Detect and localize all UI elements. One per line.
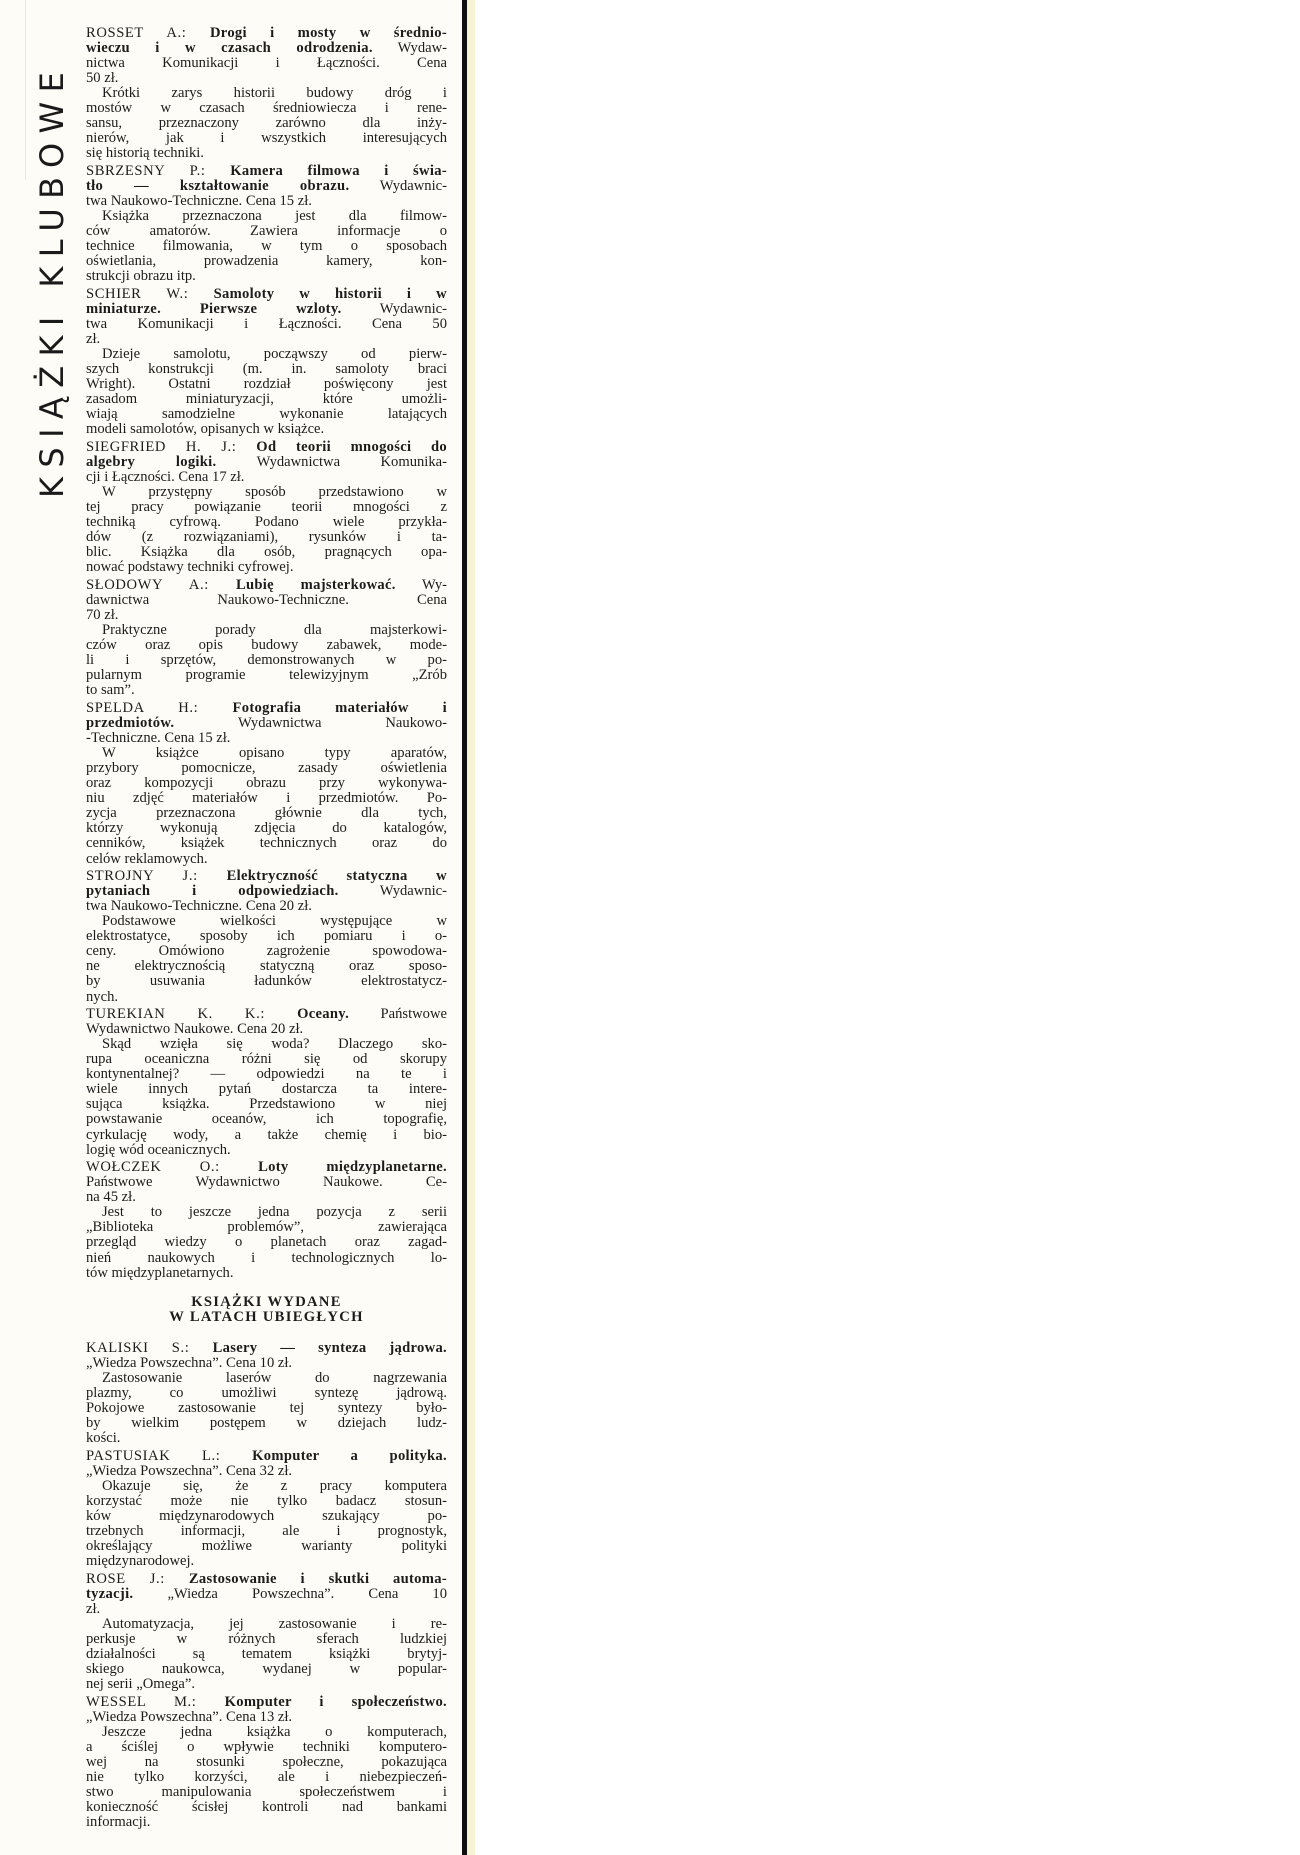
description-line: technice filmowania, w tym o sposobach [86,239,447,254]
book-description: Jest to jeszcze jedna pozycja z serii„Bi… [86,1205,447,1280]
citation-line: miniaturze. Pierwsze wzloty. Wydawnic- [86,302,447,317]
description-line: blic. Książka dla osób, pragnących opa- [86,545,447,560]
description-line: elektrostatyce, sposoby ich pomiaru i o- [86,929,447,944]
book-description: W przystępny sposób przedstawiono wtej p… [86,485,447,575]
description-line: Jeszcze jedna książka o komputerach, [86,1725,447,1740]
description-line: Jest to jeszcze jedna pozycja z serii [86,1205,447,1220]
description-line: nować podstawy techniki cyfrowej. [86,560,447,575]
citation-line: 50 zł. [86,71,447,86]
book-entry: KALISKI S.: Lasery — synteza jądrowa.„Wi… [86,1341,447,1446]
past-books-list: KALISKI S.: Lasery — synteza jądrowa.„Wi… [86,1341,447,1830]
citation-line: TUREKIAN K. K.: Oceany. Państwowe [86,1007,447,1022]
book-citation: SŁODOWY A.: Lubię majsterkować. Wy-dawni… [86,578,447,623]
description-line: modeli samolotów, opisanych w książce. [86,422,447,437]
description-line: strukcji obrazu itp. [86,269,447,284]
book-citation: WOŁCZEK O.: Loty międzyplanetarne.Państw… [86,1160,447,1205]
description-line: nierów, jak i wszystkich interesujących [86,131,447,146]
citation-line: twa Komunikacji i Łączności. Cena 50 [86,317,447,332]
description-line: plazmy, co umożliwi syntezę jądrową. [86,1386,447,1401]
description-line: tej pracy powiązanie teorii mnogości z [86,500,447,515]
book-description: Dzieje samolotu, począwszy od pierw-szyc… [86,347,447,437]
book-entry: WOŁCZEK O.: Loty międzyplanetarne.Państw… [86,1160,447,1280]
description-line: nień naukowych i technologicznych lo- [86,1251,447,1266]
description-line: ceny. Omówiono zagrożenie spowodowa- [86,944,447,959]
description-line: nie tylko korzyści, ale i niebezpieczeń- [86,1770,447,1785]
subheading-line-2: W LATACH UBIEGŁYCH [86,1310,447,1325]
book-entry: PASTUSIAK L.: Komputer a polityka.„Wiedz… [86,1449,447,1569]
description-line: Pokojowe zastosowanie tej syntezy było- [86,1401,447,1416]
book-description: W książce opisano typy aparatów,przybory… [86,746,447,866]
description-line: ne elektrycznością statyczną oraz sposo- [86,959,447,974]
description-line: Okazuje się, że z pracy komputera [86,1479,447,1494]
book-entry: SCHIER W.: Samoloty w historii i wminiat… [86,287,447,437]
citation-line: algebry logiki. Wydawnictwa Komunika- [86,455,447,470]
book-list-column: ROSSET A.: Drogi i mosty w średnio-wiecz… [86,26,447,1833]
section-title-vertical: KSIĄŻKI KLUBOWE [34,23,70,498]
book-description: Automatyzacja, jej zastosowanie i re-per… [86,1617,447,1692]
book-citation: SBRZESNY P.: Kamera filmowa i świa-tło —… [86,164,447,209]
description-line: ców amatorów. Zawiera informacje o [86,224,447,239]
citation-line: KALISKI S.: Lasery — synteza jądrowa. [86,1341,447,1356]
citation-line: zł. [86,332,447,347]
citation-line: STROJNY J.: Elektryczność statyczna w [86,869,447,884]
citation-line: PASTUSIAK L.: Komputer a polityka. [86,1449,447,1464]
citation-line: tło — kształtowanie obrazu. Wydawnic- [86,179,447,194]
description-line: korzystać może nie tylko badacz stosun- [86,1494,447,1509]
description-line: tów międzyplanetarnych. [86,1266,447,1281]
citation-line: twa Naukowo-Techniczne. Cena 20 zł. [86,899,447,914]
description-line: konieczność ścisłej kontroli nad bankami [86,1800,447,1815]
description-line: niu zdjęć materiałów i przedmiotów. Po- [86,791,447,806]
description-line: przybory pomocnicze, zasady oświetlenia [86,761,447,776]
citation-line: -Techniczne. Cena 15 zł. [86,731,447,746]
description-line: przegląd wiedzy o planetach oraz zagad- [86,1235,447,1250]
description-line: sująca książka. Przedstawiono w niej [86,1097,447,1112]
citation-line: „Wiedza Powszechna”. Cena 13 zł. [86,1710,447,1725]
subheading-line-1: KSIĄŻKI WYDANE [86,1295,447,1310]
citation-line: SCHIER W.: Samoloty w historii i w [86,287,447,302]
column-rule-tint [467,0,475,1855]
description-line: Automatyzacja, jej zastosowanie i re- [86,1617,447,1632]
description-line: skiego naukowca, wydanej w popular- [86,1662,447,1677]
citation-line: SPELDA H.: Fotografia materiałów i [86,701,447,716]
book-entry: STROJNY J.: Elektryczność statyczna wpyt… [86,869,447,1004]
description-line: dów (z rozwiązaniami), rysunków i ta- [86,530,447,545]
description-line: Skąd wzięła się woda? Dlaczego sko- [86,1037,447,1052]
book-citation: TUREKIAN K. K.: Oceany. PaństwoweWydawni… [86,1007,447,1037]
citation-line: SIEGFRIED H. J.: Od teorii mnogości do [86,440,447,455]
citation-line: SBRZESNY P.: Kamera filmowa i świa- [86,164,447,179]
citation-line: tyzacji. „Wiedza Powszechna”. Cena 10 [86,1587,447,1602]
citation-line: pytaniach i odpowiedziach. Wydawnic- [86,884,447,899]
book-entry: SBRZESNY P.: Kamera filmowa i świa-tło —… [86,164,447,284]
citation-line: Wydawnictwo Naukowe. Cena 20 zł. [86,1022,447,1037]
description-line: międzynarodowej. [86,1554,447,1569]
description-line: Podstawowe wielkości występujące w [86,914,447,929]
description-line: zycja przeznaczona głównie dla tych, [86,806,447,821]
book-description: Praktyczne porady dla majsterkowi-czów o… [86,623,447,698]
citation-line: przedmiotów. Wydawnictwa Naukowo- [86,716,447,731]
book-citation: WESSEL M.: Komputer i społeczeństwo.„Wie… [86,1695,447,1725]
description-line: nej serii „Omega”. [86,1677,447,1692]
citation-line: wieczu i w czasach odrodzenia. Wydaw- [86,41,447,56]
citation-line: zł. [86,1602,447,1617]
book-entry: TUREKIAN K. K.: Oceany. PaństwoweWydawni… [86,1007,447,1157]
citation-line: „Wiedza Powszechna”. Cena 32 zł. [86,1464,447,1479]
description-line: Dzieje samolotu, począwszy od pierw- [86,347,447,362]
description-line: którzy wykonują zdjęcia do katalogów, [86,821,447,836]
description-line: określający możliwe warianty polityki [86,1539,447,1554]
book-description: Zastosowanie laserów do nagrzewaniaplazm… [86,1371,447,1446]
citation-line: SŁODOWY A.: Lubię majsterkować. Wy- [86,578,447,593]
description-line: trzebnych informacji, ale i prognostyk, [86,1524,447,1539]
description-line: informacji. [86,1815,447,1830]
description-line: pularnym programie telewizyjnym „Zrób [86,668,447,683]
citation-line: ROSE J.: Zastosowanie i skutki automa- [86,1572,447,1587]
description-line: techniką cyfrową. Podano wiele przykła- [86,515,447,530]
book-citation: PASTUSIAK L.: Komputer a polityka.„Wiedz… [86,1449,447,1479]
book-description: Jeszcze jedna książka o komputerach,a śc… [86,1725,447,1830]
page: KSIĄŻKI KLUBOWE ROSSET A.: Drogi i mosty… [0,0,1300,1855]
citation-line: na 45 zł. [86,1190,447,1205]
book-citation: ROSE J.: Zastosowanie i skutki automa-ty… [86,1572,447,1617]
description-line: nych. [86,990,447,1005]
description-line: Wright). Ostatni rozdział poświęcony jes… [86,377,447,392]
description-line: celów reklamowych. [86,852,447,867]
description-line: wiają samodzielne wykonanie latających [86,407,447,422]
description-line: powstawanie oceanów, ich topografię, [86,1112,447,1127]
citation-line: twa Naukowo-Techniczne. Cena 15 zł. [86,194,447,209]
citation-line: cji i Łączności. Cena 17 zł. [86,470,447,485]
description-line: „Biblioteka problemów”, zawierająca [86,1220,447,1235]
book-entry: ROSE J.: Zastosowanie i skutki automa-ty… [86,1572,447,1692]
citation-line: WOŁCZEK O.: Loty międzyplanetarne. [86,1160,447,1175]
citation-line: WESSEL M.: Komputer i społeczeństwo. [86,1695,447,1710]
book-description: Okazuje się, że z pracy komputerakorzyst… [86,1479,447,1569]
description-line: kontynentalnej? — odpowiedzi na te i [86,1067,447,1082]
description-line: by wielkim postępem w dziejach ludz- [86,1416,447,1431]
book-entry: SPELDA H.: Fotografia materiałów iprzedm… [86,701,447,867]
description-line: li i sprzętów, demonstrowanych w po- [86,653,447,668]
description-line: sansu, przeznaczony zarówno dla inży- [86,116,447,131]
citation-line: 70 zł. [86,608,447,623]
description-line: Zastosowanie laserów do nagrzewania [86,1371,447,1386]
book-citation: ROSSET A.: Drogi i mosty w średnio-wiecz… [86,26,447,86]
book-description: Podstawowe wielkości występujące welektr… [86,914,447,1004]
book-description: Skąd wzięła się woda? Dlaczego sko-rupa … [86,1037,447,1157]
description-line: a ściślej o wpływie techniki komputero- [86,1740,447,1755]
subheading: KSIĄŻKI WYDANE W LATACH UBIEGŁYCH [86,1295,447,1325]
description-line: oświetlania, prowadzenia kamery, kon- [86,254,447,269]
book-citation: KALISKI S.: Lasery — synteza jądrowa.„Wi… [86,1341,447,1371]
description-line: Krótki zarys historii budowy dróg i [86,86,447,101]
description-line: szych konstrukcji (m. in. samoloty braci [86,362,447,377]
description-line: czów oraz opis budowy zabawek, mode- [86,638,447,653]
description-line: się historią techniki. [86,146,447,161]
description-line: kości. [86,1431,447,1446]
book-citation: SCHIER W.: Samoloty w historii i wminiat… [86,287,447,347]
description-line: W książce opisano typy aparatów, [86,746,447,761]
citation-line: ROSSET A.: Drogi i mosty w średnio- [86,26,447,41]
current-books-list: ROSSET A.: Drogi i mosty w średnio-wiecz… [86,26,447,1281]
book-entry: SŁODOWY A.: Lubię majsterkować. Wy-dawni… [86,578,447,698]
description-line: wiele innych pytań dostarcza ta intere- [86,1082,447,1097]
description-line: rupa oceaniczna różni się od skorupy [86,1052,447,1067]
description-line: cenników, książek technicznych oraz do [86,836,447,851]
description-line: Praktyczne porady dla majsterkowi- [86,623,447,638]
description-line: mostów w czasach średniowiecza i rene- [86,101,447,116]
fold-mark [25,0,26,180]
description-line: perkusje w różnych sferach ludzkiej [86,1632,447,1647]
description-line: W przystępny sposób przedstawiono w [86,485,447,500]
book-entry: SIEGFRIED H. J.: Od teorii mnogości doal… [86,440,447,575]
description-line: logię wód oceanicznych. [86,1143,447,1158]
book-description: Książka przeznaczona jest dla filmow-ców… [86,209,447,284]
book-citation: STROJNY J.: Elektryczność statyczna wpyt… [86,869,447,914]
description-line: wej na stosunki społeczne, pokazująca [86,1755,447,1770]
description-line: Książka przeznaczona jest dla filmow- [86,209,447,224]
description-line: oraz kompozycji obrazu przy wykonywa- [86,776,447,791]
citation-line: „Wiedza Powszechna”. Cena 10 zł. [86,1356,447,1371]
description-line: to sam”. [86,683,447,698]
description-line: cyrkulację wody, a także chemię i bio- [86,1128,447,1143]
description-line: by usuwania ładunków elektrostatycz- [86,974,447,989]
book-entry: ROSSET A.: Drogi i mosty w średnio-wiecz… [86,26,447,161]
description-line: zasadom miniaturyzacji, które umożli- [86,392,447,407]
citation-line: nictwa Komunikacji i Łączności. Cena [86,56,447,71]
citation-line: Państwowe Wydawnictwo Naukowe. Ce- [86,1175,447,1190]
book-citation: SIEGFRIED H. J.: Od teorii mnogości doal… [86,440,447,485]
citation-line: dawnictwa Naukowo-Techniczne. Cena [86,593,447,608]
book-citation: SPELDA H.: Fotografia materiałów iprzedm… [86,701,447,746]
description-line: stwo manipulowania społeczeństwem i [86,1785,447,1800]
book-description: Krótki zarys historii budowy dróg imostó… [86,86,447,161]
book-entry: WESSEL M.: Komputer i społeczeństwo.„Wie… [86,1695,447,1830]
description-line: działalności są tematem książki brytyj- [86,1647,447,1662]
description-line: ków międzynarodowych szukający po- [86,1509,447,1524]
